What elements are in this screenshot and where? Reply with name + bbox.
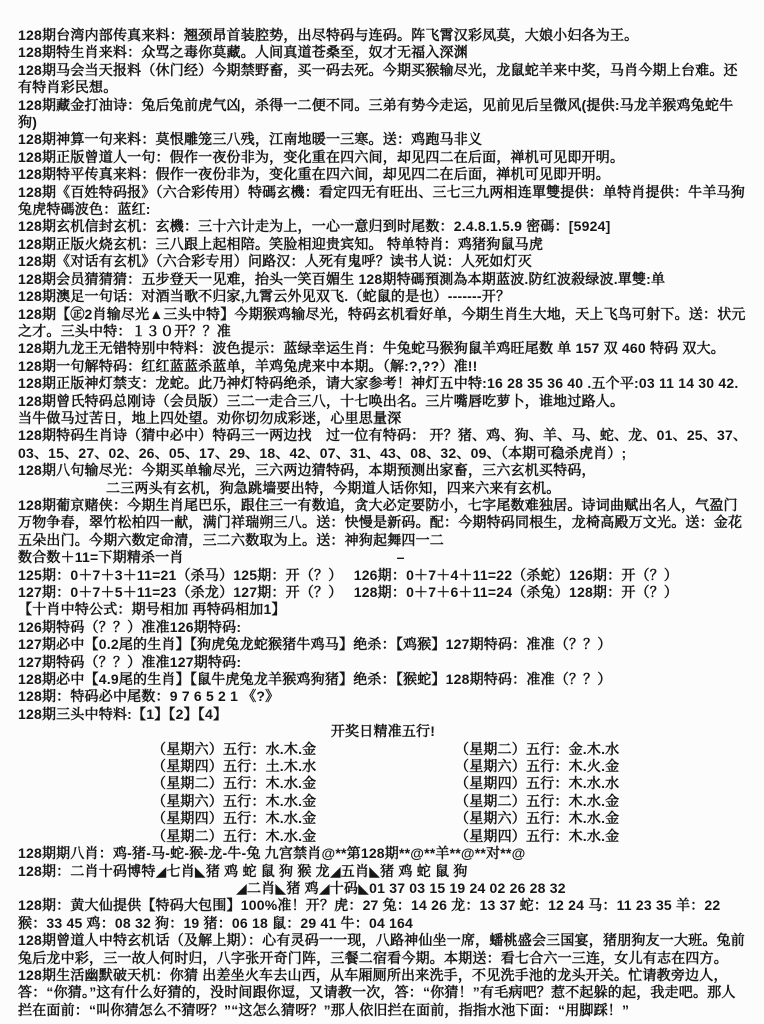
tip-line: 128期：二肖十码博特◢七肖◣猪 鸡 蛇 鼠 狗 猴 龙◢五肖◣猪 鸡 蛇 鼠 … (18, 863, 748, 880)
tip-line: 127期：0＋7＋5＋11=23（杀龙）127期：开（？） 128期：0＋7＋6… (18, 584, 748, 601)
tip-line: 128期特平传真来料：假作一夜份非为，变化重在四六间，却见四二在后面，禅机可见即… (18, 166, 748, 183)
wuxing-right-entry: （星期二）五行：金.木.水 (455, 741, 619, 758)
wuxing-row: （星期二）五行：木.水.金 （星期四）五行：木.水.水 (18, 775, 748, 792)
tip-line: 128期正版曾道人一句：假作一夜份非为，变化重在四六间，却见四二在后面，禅机可见… (18, 149, 748, 166)
tip-line: 当牛做马过苦日，地上四处望。劝你切勿成彩迷，心里思量深 (18, 410, 748, 427)
wuxing-left-entry: （星期六）五行：水.木.金 (152, 741, 455, 758)
tip-line: 128期正版火烧玄机：三八跟上起相陪。笑脸相迎贵宾知。 特单特肖：鸡猪狗鼠马虎 (18, 236, 748, 253)
tip-line: 128期曾氏特码总刚诗（会员版）三二一走合三八，十七唤出名。三片嘴唇吃萝卜，谁地… (18, 393, 748, 410)
wuxing-title: 开奖日精准五行! (18, 723, 748, 740)
tip-line: 128期八句输尽光：今期买单输尽光，三六两边猜特码，本期预测出家畜，三六玄机买特… (18, 462, 748, 479)
tip-line: 128期马会当天报料（休门经）今期禁野畜，买一码去死。今期买猴输尽光，龙鼠蛇羊来… (18, 62, 748, 97)
wuxing-right-entry: （星期六）五行：木.火.金 (455, 758, 619, 775)
tip-line: 128期三头中特料:【1】【2】【4】 (18, 706, 748, 723)
tip-lines-top: 128期台湾内部传真来料：翘颈昂首装腔势，出尽特码与连码。阵飞霄汉彩凤莫，大娘小… (18, 27, 748, 723)
wuxing-row: （星期六）五行：水.木.金 （星期二）五行：金.木.水 (18, 741, 748, 758)
wuxing-row: （星期四）五行：木.水.金 （星期六）五行：木.水.金 (18, 810, 748, 827)
wuxing-left-entry: （星期六）五行：木.水.金 (152, 793, 455, 810)
tip-line: 128期曾道人中特玄机话（及解上期）：心有灵码一一现，八路神仙坐一席，蟠桃盛会三… (18, 932, 748, 967)
wuxing-right-entry: （星期四）五行：木.水.水 (455, 775, 619, 792)
tip-line: ◢二肖◣猪 鸡◢十码◣01 37 03 15 19 24 02 26 28 32 (18, 880, 748, 897)
tip-line: 128期：特码必中尾数：9 7 6 5 2 1 《?》 (18, 688, 748, 705)
tip-line: 二三两头有玄机，狗急跳墙要出特，今期道人话你知，四来六来有玄机。 (18, 480, 748, 497)
lottery-tip-sheet-page: 128期台湾内部传真来料：翘颈昂首装腔势，出尽特码与连码。阵飞霄汉彩凤莫，大娘小… (0, 0, 764, 1024)
tip-line: 128期藏金打油诗：兔后兔前虎气凶，杀得一二便不同。三弟有势今走运，见前见后呈微… (18, 97, 748, 132)
tip-line: 【十肖中特公式：期号相加 再特码相加1】 (18, 601, 748, 618)
tip-line: 128期台湾内部传真来料：翘颈昂首装腔势，出尽特码与连码。阵飞霄汉彩凤莫，大娘小… (18, 27, 748, 44)
tip-line: 128期正版神灯禁支：龙蛇。此乃神灯特码绝杀，请大家参考！神灯五中特:16 28… (18, 375, 748, 392)
tip-line: 128期【㊣2肖输尽光▲三头中特】今期猴鸡输尽光，特码玄机看好单，今期生肖生大地… (18, 306, 748, 341)
wuxing-table: （星期六）五行：水.木.金 （星期二）五行：金.木.水 （星期四）五行：土.木.… (18, 741, 748, 845)
wuxing-right-entry: （星期二）五行：木.水.金 (455, 793, 619, 810)
wuxing-left-entry: （星期四）五行：木.水.金 (152, 810, 455, 827)
tip-line: 128期一句解特码：红红蓝蓝杀蓝单，羊鸡兔虎来中本期。（解:?,??）准!! (18, 358, 748, 375)
wuxing-row: （星期二）五行：木.水.金 （星期四）五行：木.水.金 (18, 828, 748, 845)
tip-line: 128期葡京赌侠：今期生肖尾巴乐，跟住三一有数追，贪大必定要防小，七字尾数难独居… (18, 497, 748, 549)
tip-line: 127期特码（？？）准准127期特码: (18, 654, 748, 671)
wuxing-right-entry: （星期四）五行：木.水.金 (455, 828, 619, 845)
tip-line: 128期九龙王无错特别中特料：波色提示：蓝绿幸运生肖：牛兔蛇马猴狗鼠羊鸡旺尾数 … (18, 340, 748, 357)
tip-line: 128期特码生肖诗（猜中必中）特码三一两边找 过一位有特码： 开？猪、鸡、狗、羊… (18, 427, 748, 462)
tip-line: 128期会员猜猜猜：五步登天一见难，抬头一笑百媚生 128期特碼預測為本期蓝波.… (18, 271, 748, 288)
tip-line: 125期：0＋7＋3＋11=21（杀马）125期：开（？） 126期：0＋7＋4… (18, 567, 748, 584)
tip-line: 128期澳足一句话：对酒当歌不归家,九霄云外见双飞.（蛇鼠的是也）-------… (18, 288, 748, 305)
tip-line: 128期神算一句来料：莫恨雕笼三八残，江南地暖一三寒。送：鸡跑马非义 (18, 131, 748, 148)
wuxing-row: （星期四）五行：土.木.水 （星期六）五行：木.火.金 (18, 758, 748, 775)
wuxing-left-entry: （星期二）五行：木.水.金 (152, 775, 455, 792)
tip-line: 127期必中【0.2尾的生肖】【狗虎兔龙蛇猴猪牛鸡马】绝杀：【鸡猴】127期特码… (18, 636, 748, 653)
tip-line: 126期特码（？？）准准126期特码: (18, 619, 748, 636)
wuxing-right-entry: （星期六）五行：木.水.金 (455, 810, 619, 827)
tip-lines-bottom: 128期期八肖：鸡-猪-马-蛇-猴-龙-牛-兔 九宫禁肖@**第128期**@*… (18, 845, 748, 1019)
wuxing-left-entry: （星期四）五行：土.木.水 (152, 758, 455, 775)
wuxing-row: （星期六）五行：木.水.金 （星期二）五行：木.水.金 (18, 793, 748, 810)
tip-line: 128期玄机信封玄机：玄機：三十六计走为上，一心一意归到时尾数：2.4.8.1.… (18, 218, 748, 235)
tip-line: 128期《对话有玄机》（六合彩专用）问路汉：人死有鬼呼？读书人说：人死如灯灭 (18, 253, 748, 270)
tip-line: 128期必中【4.9尾的生肖】【鼠牛虎兔龙羊猴鸡狗猪】绝杀：【猴蛇】128期特码… (18, 671, 748, 688)
tip-line: 128期期八肖：鸡-猪-马-蛇-猴-龙-牛-兔 九宫禁肖@**第128期**@*… (18, 845, 748, 862)
wuxing-left-entry: （星期二）五行：木.水.金 (152, 828, 455, 845)
tip-line: 128期：黄大仙提供【特码大包围】100%准！开？虎：27 兔：14 26 龙：… (18, 897, 748, 932)
tip-line: 128期生活幽默破天机：你猜 出差坐火车去山西，从车厢厕所出来洗手，不见洗手池的… (18, 967, 748, 1019)
tip-line: 128期特生肖来料：众骂之毒你莫藏。人间真道苍桑至，奴才无福入深渊 (18, 44, 748, 61)
tip-line: 数合数＋11=下期精杀一肖 – (18, 549, 748, 566)
tip-line: 128期《百姓特码报》（六合彩传用）特碼玄機：看定四无有旺出、三七三九两相连單雙… (18, 184, 748, 219)
